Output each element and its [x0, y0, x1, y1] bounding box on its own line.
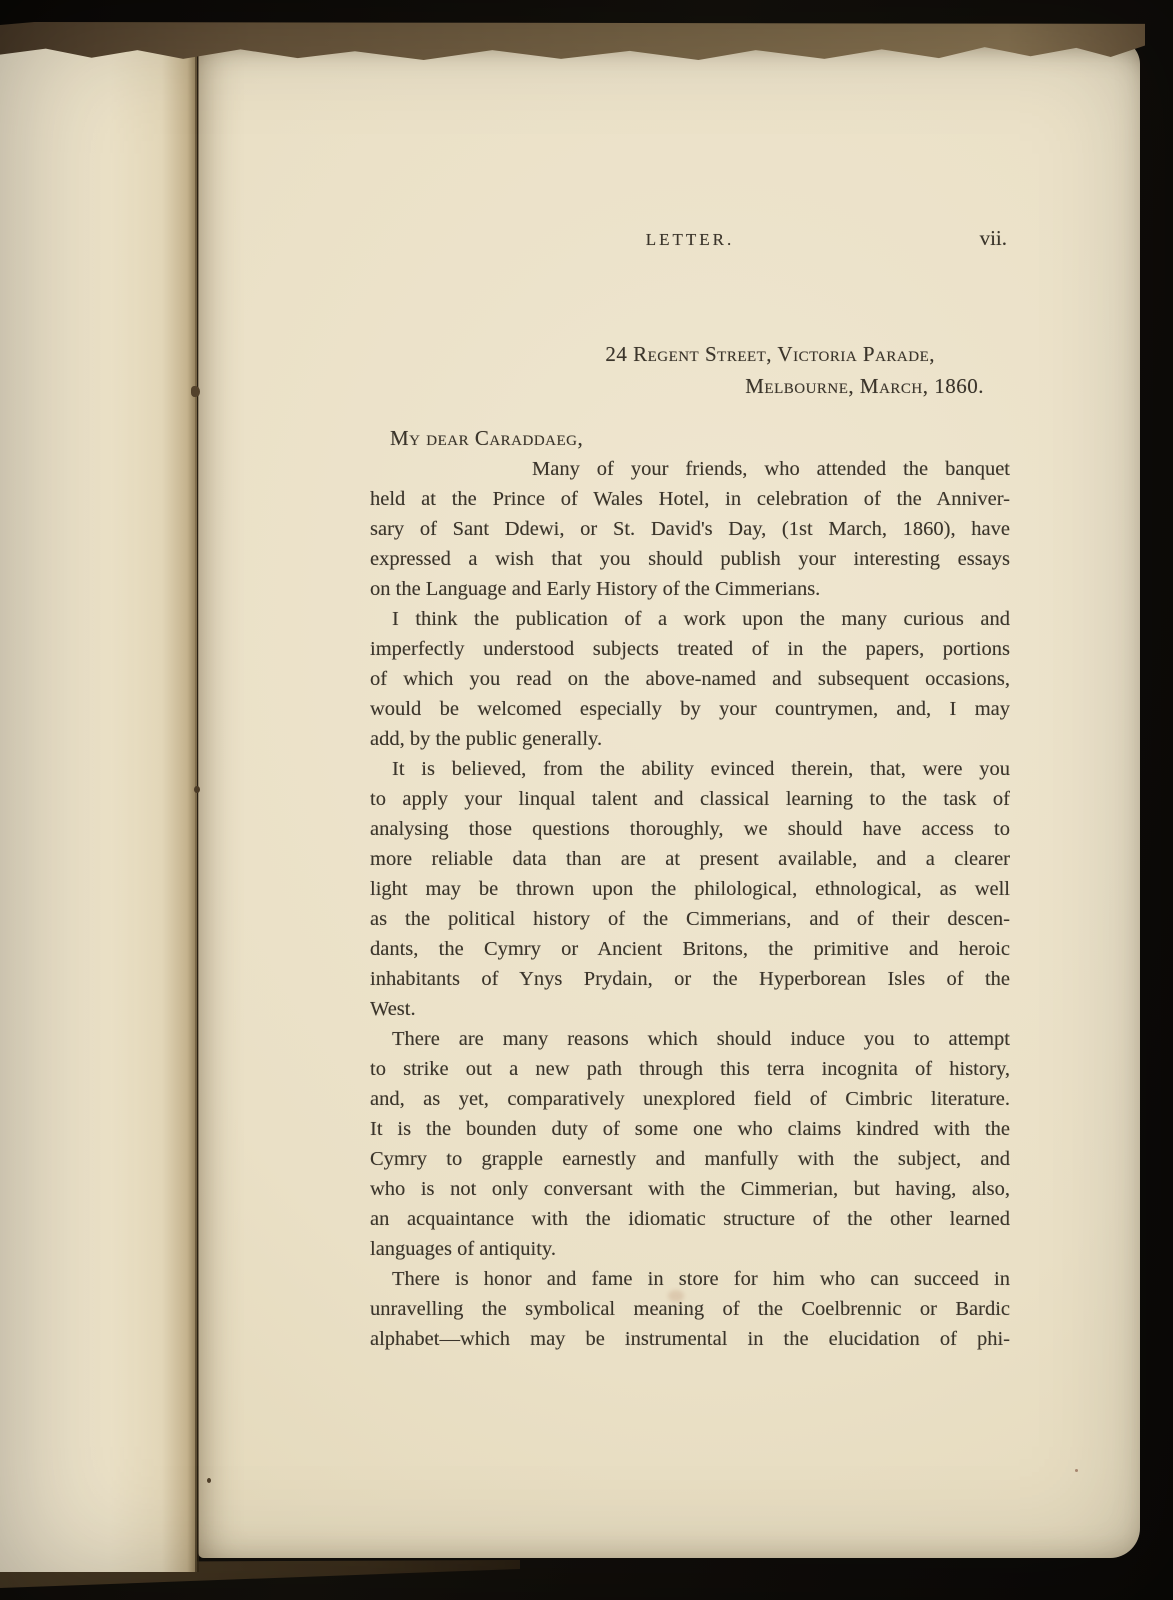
letter-line: There is honor and fame in store for him…	[370, 1264, 1010, 1294]
left-page	[0, 44, 197, 1572]
letter-paragraph: I think the publication of a work upon t…	[370, 604, 1010, 754]
letter-line: West.	[370, 994, 1010, 1024]
paper-speck	[207, 1478, 211, 1483]
book-page: LETTER. vii. 24 Regent Street, Victoria …	[198, 40, 1140, 1558]
letter-line: dants, the Cymry or Ancient Britons, the…	[370, 934, 1010, 964]
letter-line: held at the Prince of Wales Hotel, in ce…	[370, 484, 1010, 514]
letter-line: on the Language and Early History of the…	[370, 574, 1010, 604]
letter-line: It is believed, from the ability evinced…	[370, 754, 1010, 784]
letter-line: light may be thrown upon the philologica…	[370, 874, 1010, 904]
letter-line: who is not only conversant with the Cimm…	[370, 1174, 1010, 1204]
letter-paragraph: There are many reasons which should indu…	[370, 1024, 1010, 1264]
letter-line: expressed a wish that you should publish…	[370, 544, 1010, 574]
salutation: My dear Caraddaeg,	[390, 426, 583, 451]
letter-line: unravelling the symbolical meaning of th…	[370, 1294, 1010, 1324]
letter-paragraph: There is honor and fame in store for him…	[370, 1264, 1010, 1354]
letter-line: to strike out a new path through this te…	[370, 1054, 1010, 1084]
address-line-1: 24 Regent Street, Victoria Parade,	[605, 342, 935, 367]
book-photo: LETTER. vii. 24 Regent Street, Victoria …	[0, 0, 1173, 1600]
letter-paragraph: It is believed, from the ability evinced…	[370, 754, 1010, 1024]
letter-line: analysing those questions thoroughly, we…	[370, 814, 1010, 844]
running-title: LETTER.	[646, 230, 735, 249]
letter-line: to apply your linqual talent and classic…	[370, 784, 1010, 814]
letter-line: Cymry to grapple earnestly and manfully …	[370, 1144, 1010, 1174]
letter-line: add, by the public generally.	[370, 724, 1010, 754]
address-line-2: Melbourne, March, 1860.	[745, 374, 984, 399]
paper-speck	[1075, 1469, 1078, 1472]
letter-body: Many of your friends, who attended the b…	[370, 454, 1010, 1354]
letter-line: Many of your friends, who attended the b…	[370, 454, 1010, 484]
letter-line: an acquaintance with the idiomatic struc…	[370, 1204, 1010, 1234]
book-gutter	[195, 44, 199, 1572]
running-head: LETTER.	[370, 230, 1010, 250]
letter-line: more reliable data than are at present a…	[370, 844, 1010, 874]
letter-line: There are many reasons which should indu…	[370, 1024, 1010, 1054]
letter-line: alphabet—which may be instrumental in th…	[370, 1324, 1010, 1354]
letter-line: I think the publication of a work upon t…	[370, 604, 1010, 634]
paper-speck	[194, 786, 200, 793]
paper-stain	[668, 1290, 684, 1302]
letter-line: as the political history of the Cimmeria…	[370, 904, 1010, 934]
letter-line: and, as yet, comparatively unexplored fi…	[370, 1084, 1010, 1114]
letter-line: of which you read on the above-named and…	[370, 664, 1010, 694]
letter-line: inhabitants of Ynys Prydain, or the Hype…	[370, 964, 1010, 994]
letter-line: It is the bounden duty of some one who c…	[370, 1114, 1010, 1144]
letter-line: imperfectly understood subjects treated …	[370, 634, 1010, 664]
letter-paragraph: Many of your friends, who attended the b…	[370, 454, 1010, 604]
letter-line: languages of antiquity.	[370, 1234, 1010, 1264]
letter-line: would be welcomed especially by your cou…	[370, 694, 1010, 724]
page-number: vii.	[980, 226, 1007, 251]
paper-speck	[191, 386, 200, 397]
letter-line: sary of Sant Ddewi, or St. David's Day, …	[370, 514, 1010, 544]
